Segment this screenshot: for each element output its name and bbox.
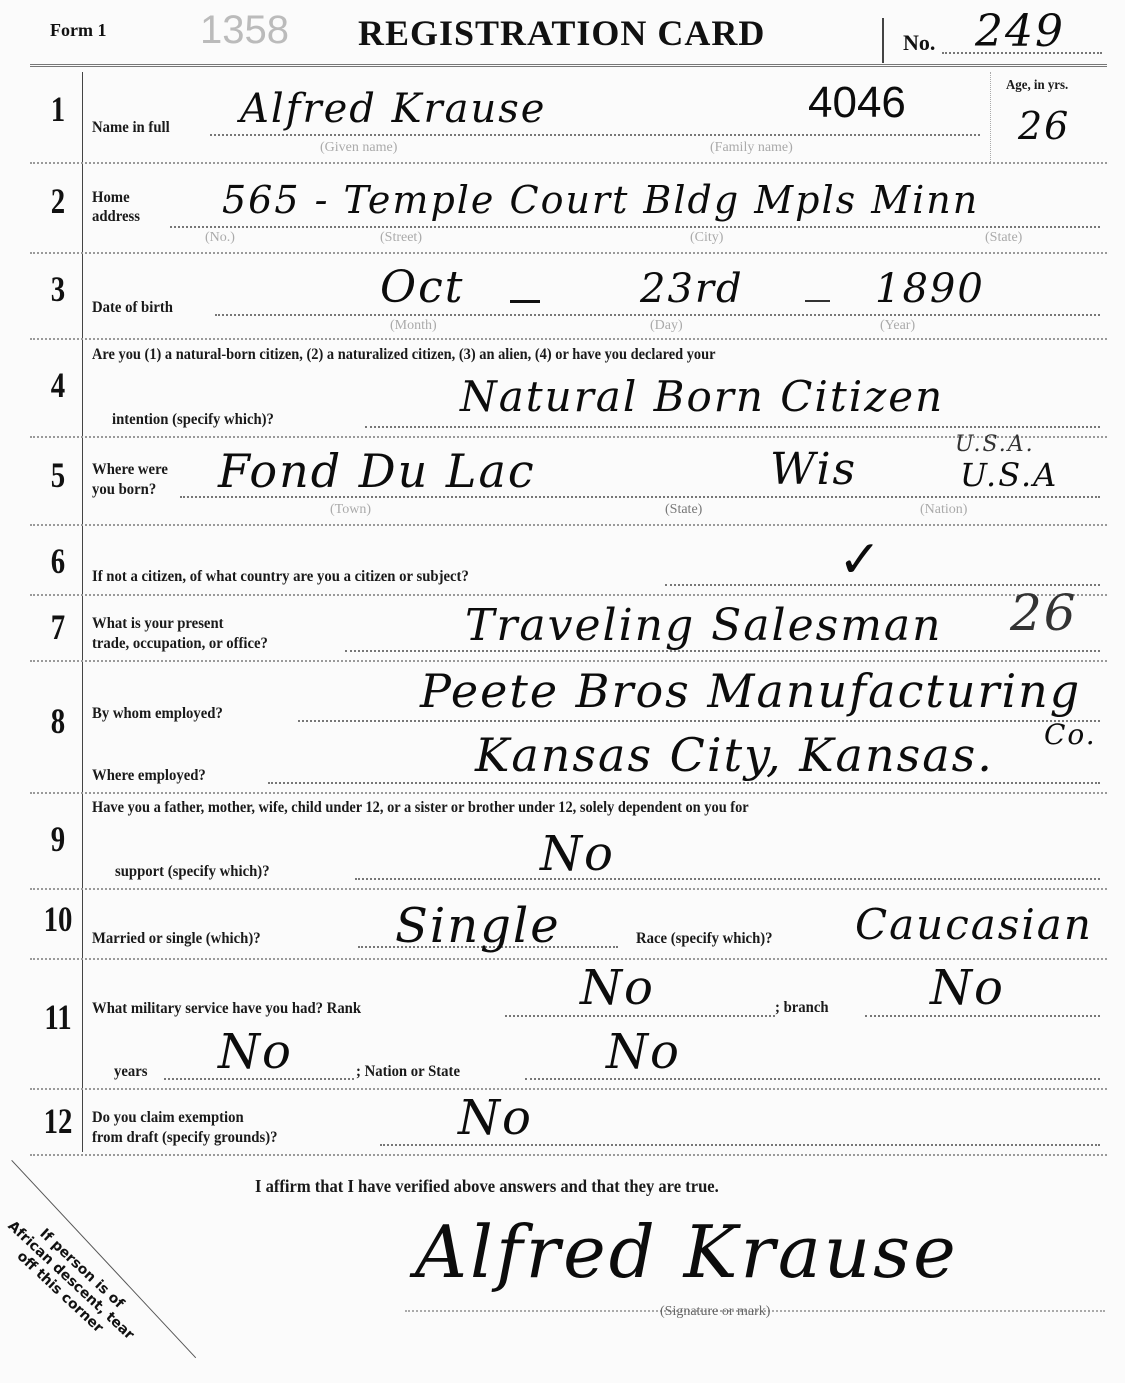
dob-line xyxy=(215,314,1100,316)
dob-year-caption: (Year) xyxy=(880,318,915,334)
race-label: Race (specify which)? xyxy=(636,929,773,949)
signature-caption: (Signature or mark) xyxy=(660,1304,770,1320)
dob-month-caption: (Month) xyxy=(390,318,437,334)
row-divider-5 xyxy=(30,524,1107,526)
military-nation-label: ; Nation or State xyxy=(356,1062,460,1082)
address-state-caption: (State) xyxy=(985,230,1022,246)
header-divider xyxy=(882,18,884,63)
stamp-number: 1358 xyxy=(200,8,289,53)
birthplace-town-caption: (Town) xyxy=(330,502,371,518)
citizenship-value: Natural Born Citizen xyxy=(460,372,944,421)
employer-label: By whom employed? xyxy=(92,704,223,724)
name-stamp: 4046 xyxy=(808,78,906,128)
birthplace-state: Wis xyxy=(770,444,857,495)
marital-status-label: Married or single (which)? xyxy=(92,929,261,949)
row-divider-9 xyxy=(30,888,1107,890)
card-number-value: 249 xyxy=(975,6,1065,57)
military-service-question: What military service have you had? Rank xyxy=(92,999,361,1019)
dob-dash-1 xyxy=(510,300,540,303)
dob-day-caption: (Day) xyxy=(650,318,683,334)
dependents-question-1: Have you a father, mother, wife, child u… xyxy=(92,798,749,818)
citizenship-question-1: Are you (1) a natural-born citizen, (2) … xyxy=(92,345,716,365)
citizenship-question-2: intention (specify which)? xyxy=(112,410,274,430)
form-label: Form 1 xyxy=(50,20,106,41)
dependents-line xyxy=(355,878,1100,880)
dob-year: 1890 xyxy=(875,266,985,312)
date-of-birth-label: Date of birth xyxy=(92,298,173,318)
exemption-label-2: from draft (specify grounds)? xyxy=(92,1128,277,1148)
military-branch-label: ; branch xyxy=(775,998,829,1018)
row-number-2: 2 xyxy=(44,180,73,222)
dependents-question-2: support (specify which)? xyxy=(115,862,270,882)
occupation-label-2: trade, occupation, or office? xyxy=(92,634,268,654)
name-value: Alfred Krause xyxy=(240,86,546,132)
military-nation-value: No xyxy=(606,1024,681,1080)
row-divider-11 xyxy=(30,1088,1107,1090)
birthplace-nation-caption: (Nation) xyxy=(920,502,967,518)
occupation-annotation: 26 xyxy=(1010,584,1078,642)
row-number-8: 8 xyxy=(44,700,73,742)
dob-dash-2 xyxy=(805,300,830,302)
military-rank-value: No xyxy=(580,960,655,1016)
age-divider xyxy=(990,72,991,162)
row-number-4: 4 xyxy=(44,364,73,406)
header-rule xyxy=(30,64,1107,67)
military-branch-value: No xyxy=(930,960,1005,1016)
row-number-5: 5 xyxy=(44,454,73,496)
row-divider-2 xyxy=(30,252,1107,254)
home-address-label-2: address xyxy=(92,207,140,227)
birthplace-nation: U.S.A xyxy=(960,456,1058,494)
row-divider-8 xyxy=(30,792,1107,794)
birthplace-nation-above: U.S.A. xyxy=(955,432,1035,457)
card-title: REGISTRATION CARD xyxy=(358,12,765,54)
employer-suffix: Co. xyxy=(1044,718,1097,751)
registration-card: Form 1 1358 REGISTRATION CARD No. 249 1 … xyxy=(0,0,1125,1383)
row-number-3: 3 xyxy=(44,268,73,310)
exemption-value: No xyxy=(458,1090,533,1146)
family-name-caption: (Family name) xyxy=(710,140,793,156)
address-city-caption: (City) xyxy=(690,230,723,246)
foreign-citizenship-checkmark: ✓ xyxy=(838,530,882,590)
age-value: 26 xyxy=(1018,104,1070,148)
given-name-caption: (Given name) xyxy=(320,140,397,156)
row-number-1: 1 xyxy=(44,88,73,130)
row-number-6: 6 xyxy=(44,540,73,582)
military-years-label: years xyxy=(114,1062,148,1082)
address-no-caption: (No.) xyxy=(205,230,235,246)
home-address-label-1: Home xyxy=(92,188,130,208)
affirmation-text: I affirm that I have verified above answ… xyxy=(255,1176,719,1196)
card-number-label: No. xyxy=(903,30,935,56)
row-divider-1 xyxy=(30,162,1107,164)
race-value: Caucasian xyxy=(855,900,1093,949)
name-label: Name in full xyxy=(92,118,170,138)
address-street-caption: (Street) xyxy=(380,230,422,246)
row-divider-12 xyxy=(30,1154,1107,1156)
birthplace-label-1: Where were xyxy=(92,460,168,480)
signature: Alfred Krause xyxy=(415,1210,959,1294)
row-number-7: 7 xyxy=(44,606,73,648)
left-margin-rule xyxy=(82,72,83,1152)
citizenship-line xyxy=(365,426,1100,428)
occupation-label-1: What is your present xyxy=(92,614,224,634)
birthplace-state-caption: (State) xyxy=(665,502,702,518)
employer-line xyxy=(298,720,1100,722)
row-divider-4 xyxy=(30,436,1107,438)
address-line xyxy=(170,226,1100,228)
foreign-citizenship-question: If not a citizen, of what country are yo… xyxy=(92,567,469,587)
row-number-10: 10 xyxy=(44,898,73,940)
row-divider-6 xyxy=(30,594,1107,596)
employment-location-value: Kansas City, Kansas. xyxy=(475,728,994,782)
marital-status-value: Single xyxy=(395,898,561,954)
row-number-11: 11 xyxy=(44,996,73,1038)
age-label: Age, in yrs. xyxy=(1006,76,1068,96)
employment-location-label: Where employed? xyxy=(92,766,206,786)
employer-value: Peete Bros Manufacturing xyxy=(420,664,1081,718)
name-line xyxy=(210,134,980,136)
birthplace-town: Fond Du Lac xyxy=(218,444,536,498)
dependents-value: No xyxy=(540,826,615,882)
military-years-value: No xyxy=(218,1024,293,1080)
row-number-12: 12 xyxy=(44,1100,73,1142)
row-divider-3 xyxy=(30,338,1107,340)
occupation-value: Traveling Salesman xyxy=(465,600,943,651)
row-number-9: 9 xyxy=(44,818,73,860)
row-divider-7 xyxy=(30,660,1107,662)
home-address-value: 565 - Temple Court Bldg Mpls Minn xyxy=(222,178,979,222)
dob-day: 23rd xyxy=(640,266,744,312)
employment-location-line xyxy=(268,782,1100,784)
birthplace-label-2: you born? xyxy=(92,480,156,500)
exemption-label-1: Do you claim exemption xyxy=(92,1108,244,1128)
dob-month: Oct xyxy=(380,262,464,313)
